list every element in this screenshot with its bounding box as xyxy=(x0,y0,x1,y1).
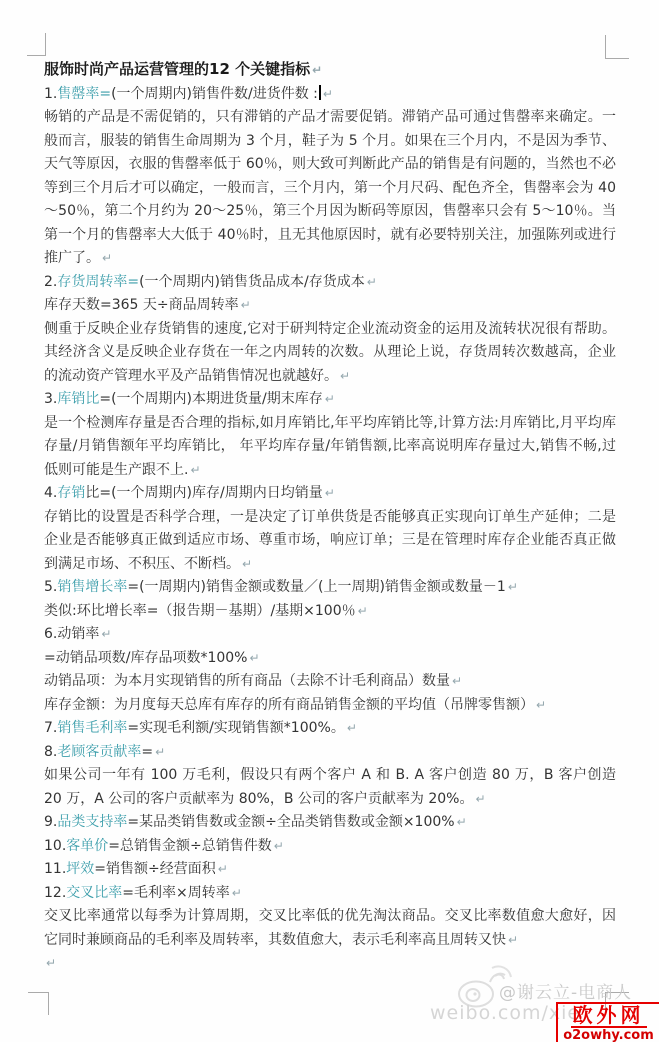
paragraph-mark-icon: ↵ xyxy=(218,862,228,876)
paragraph-mark-icon: ↵ xyxy=(242,557,252,571)
paragraph-mark-icon: ↵ xyxy=(457,815,467,829)
weibo-handle-watermark: @谢云立-电商人 xyxy=(499,978,632,1003)
paragraph-mark-icon: ↵ xyxy=(46,956,56,970)
text-run: 是一个检测库存量是否合理的指标,如月库销比,年平均库销比等,计算方法:月库销比,… xyxy=(44,415,616,478)
paragraph: 8.老顾客贡献率=↵ xyxy=(44,741,616,765)
paragraph: 3.库销比=(一个周期内)本期进货量/期末库存↵ xyxy=(44,388,616,412)
metric-keyword: 存销 xyxy=(57,485,85,501)
text-run: = xyxy=(141,744,153,760)
text-run: =毛利率×周转率 xyxy=(122,885,229,901)
document-body[interactable]: 服饰时尚产品运营管理的12 个关键指标↵ 1.售罄率=(一个周期内)销售件数/进… xyxy=(44,58,616,976)
text-run: =销售额÷经营面积 xyxy=(94,861,215,877)
text-run: 库存金额：为月度每天总库有库存的所有商品销售金额的平均值（吊牌零售额） xyxy=(44,697,534,713)
text-run: 1. xyxy=(44,86,57,102)
paragraph: 5.销售增长率=(一周期内)销售金额或数量／(上一周期)销售金额或数量－1↵ xyxy=(44,576,616,600)
paragraph: 存销比的设置是否科学合理，一是决定了订单供货是否能够真正实现向订单生产延伸；二是… xyxy=(44,506,616,577)
text-run: =某品类销售数或金额÷全品类销售数或金额×100% xyxy=(127,814,454,830)
paragraph-mark-icon: ↵ xyxy=(190,463,200,477)
paragraph: 侧重于反映企业存货销售的速度,它对于研判特定企业流动资金的运用及流转状况很有帮助… xyxy=(44,318,616,389)
metric-keyword: 售罄率= xyxy=(57,86,111,102)
text-run: 3. xyxy=(44,391,57,407)
metric-keyword: 交叉比率 xyxy=(66,885,122,901)
metric-keyword: 库销比 xyxy=(57,391,99,407)
margin-crop-mark-top-right xyxy=(605,35,629,59)
paragraph-mark-icon: ↵ xyxy=(241,298,251,312)
title-text: 服饰时尚产品运营管理的12 个关键指标 xyxy=(44,60,310,78)
margin-crop-mark-top-left xyxy=(27,33,46,56)
paragraph: 交叉比率通常以每季为计算周期，交叉比率低的优先淘汰商品。交叉比率数值愈大愈好，因… xyxy=(44,905,616,952)
text-run: 6.动销率 xyxy=(44,626,99,642)
text-run: =实现毛利额/实现销售额*100%。 xyxy=(127,720,344,736)
document-page: 服饰时尚产品运营管理的12 个关键指标↵ 1.售罄率=(一个周期内)销售件数/进… xyxy=(0,0,659,1042)
paragraph: 动销品项：为本月实现销售的所有商品（去除不计毛利商品）数量↵ xyxy=(44,670,616,694)
site-url-watermark: o2owhy.com xyxy=(563,1029,654,1042)
metric-keyword: 存货周转率= xyxy=(57,274,139,290)
site-name-watermark: 欧外网 xyxy=(571,1004,647,1028)
paragraph-mark-icon: ↵ xyxy=(358,604,368,618)
text-run: (一个周期内)销售货品成本/存货成本 xyxy=(139,274,365,290)
document-title: 服饰时尚产品运营管理的12 个关键指标↵ xyxy=(44,58,616,83)
paragraph: 库存天数=365 天÷商品周转率↵ xyxy=(44,294,616,318)
text-run: 如果公司一年有 100 万毛利，假设只有两个客户 A 和 B. A 客户创造 8… xyxy=(44,767,616,807)
paragraph: 是一个检测库存量是否合理的指标,如月库销比,年平均库销比等,计算方法:月库销比,… xyxy=(44,412,616,483)
text-run: =(一周期内)销售金额或数量／(上一周期)销售金额或数量－1 xyxy=(127,579,505,595)
text-run: 库存天数=365 天÷商品周转率 xyxy=(44,297,239,313)
text-run: =(一个周期内)本期进货量/期末库存 xyxy=(99,391,322,407)
text-run: 交叉比率通常以每季为计算周期，交叉比率低的优先淘汰商品。交叉比率数值愈大愈好，因… xyxy=(44,908,616,948)
paragraph-mark-icon: ↵ xyxy=(452,674,462,688)
text-run: 畅销的产品是不需促销的，只有滞销的产品才需要促销。滞销产品可通过售罄率来确定。一… xyxy=(44,109,616,266)
paragraph: 畅销的产品是不需促销的，只有滞销的产品才需要促销。滞销产品可通过售罄率来确定。一… xyxy=(44,106,616,271)
paragraph-mark-icon: ↵ xyxy=(102,251,112,265)
paragraph-mark-icon: ↵ xyxy=(340,369,350,383)
paragraph: 1.售罄率=(一个周期内)销售件数/进货件数 :↵ xyxy=(44,83,616,107)
paragraph: 2.存货周转率=(一个周期内)销售货品成本/存货成本↵ xyxy=(44,271,616,295)
text-cursor xyxy=(319,85,321,100)
paragraph: 11.坪效=销售额÷经营面积↵ xyxy=(44,858,616,882)
text-run: 4. xyxy=(44,485,57,501)
paragraph: ↵ xyxy=(44,952,616,976)
paragraph-mark-icon: ↵ xyxy=(508,580,518,594)
metric-keyword: 坪效 xyxy=(66,861,94,877)
text-run: 8. xyxy=(44,744,57,760)
paragraph-mark-icon: ↵ xyxy=(536,698,546,712)
text-run: 比=(一个周期内)库存/周期内日均销量 xyxy=(85,485,322,501)
paragraph-mark-icon: ↵ xyxy=(347,721,357,735)
paragraph-mark-icon: ↵ xyxy=(312,63,322,77)
text-run: 存销比的设置是否科学合理，一是决定了订单供货是否能够真正实现向订单生产延伸；二是… xyxy=(44,509,616,572)
paragraph-mark-icon: ↵ xyxy=(508,933,518,947)
paragraph-mark-icon: ↵ xyxy=(101,627,111,641)
text-run: 12. xyxy=(44,885,66,901)
paragraph-mark-icon: ↵ xyxy=(249,651,259,665)
paragraph: 类似:环比增长率=（报告期－基期）/基期×100％↵ xyxy=(44,600,616,624)
margin-crop-mark-bottom-left xyxy=(28,992,49,1015)
paragraph-mark-icon: ↵ xyxy=(155,745,165,759)
paragraph: 12.交叉比率=毛利率×周转率↵ xyxy=(44,882,616,906)
paragraph-mark-icon: ↵ xyxy=(367,275,377,289)
text-run: 11. xyxy=(44,861,66,877)
paragraph: 10.客单价=总销售金额÷总销售件数↵ xyxy=(44,835,616,859)
metric-keyword: 销售毛利率 xyxy=(57,720,127,736)
text-run: 9. xyxy=(44,814,57,830)
paragraph: 库存金额：为月度每天总库有库存的所有商品销售金额的平均值（吊牌零售额）↵ xyxy=(44,694,616,718)
paragraph: =动销品项数/库存品项数*100%↵ xyxy=(44,647,616,671)
metric-keyword: 销售增长率 xyxy=(57,579,127,595)
text-run: (一个周期内)销售件数/进货件数 : xyxy=(111,86,318,102)
paragraph: 6.动销率↵ xyxy=(44,623,616,647)
text-run: =总销售金额÷总销售件数 xyxy=(108,838,271,854)
text-run: 类似:环比增长率=（报告期－基期）/基期×100％ xyxy=(44,603,356,619)
metric-keyword: 客单价 xyxy=(66,838,108,854)
paragraph-mark-icon: ↵ xyxy=(325,486,335,500)
paragraph-mark-icon: ↵ xyxy=(475,792,485,806)
metric-keyword: 品类支持率 xyxy=(57,814,127,830)
paragraph-mark-icon: ↵ xyxy=(325,392,335,406)
text-run: 7. xyxy=(44,720,57,736)
paragraph-mark-icon: ↵ xyxy=(323,87,333,101)
text-run: 侧重于反映企业存货销售的速度,它对于研判特定企业流动资金的运用及流转状况很有帮助… xyxy=(44,321,616,384)
text-run: 2. xyxy=(44,274,57,290)
paragraph-mark-icon: ↵ xyxy=(232,886,242,900)
paragraph: 4.存销比=(一个周期内)库存/周期内日均销量↵ xyxy=(44,482,616,506)
paragraph: 9.品类支持率=某品类销售数或金额÷全品类销售数或金额×100%↵ xyxy=(44,811,616,835)
site-watermark-box: 欧外网 o2owhy.com xyxy=(556,1002,659,1042)
metric-keyword: 老顾客贡献率 xyxy=(57,744,141,760)
paragraph-mark-icon: ↵ xyxy=(274,839,284,853)
text-run: 10. xyxy=(44,838,66,854)
paragraph: 如果公司一年有 100 万毛利，假设只有两个客户 A 和 B. A 客户创造 8… xyxy=(44,764,616,811)
text-run: =动销品项数/库存品项数*100% xyxy=(44,650,247,666)
paragraph: 7.销售毛利率=实现毛利额/实现销售额*100%。↵ xyxy=(44,717,616,741)
text-run: 动销品项：为本月实现销售的所有商品（去除不计毛利商品）数量 xyxy=(44,673,450,689)
text-run: 5. xyxy=(44,579,57,595)
